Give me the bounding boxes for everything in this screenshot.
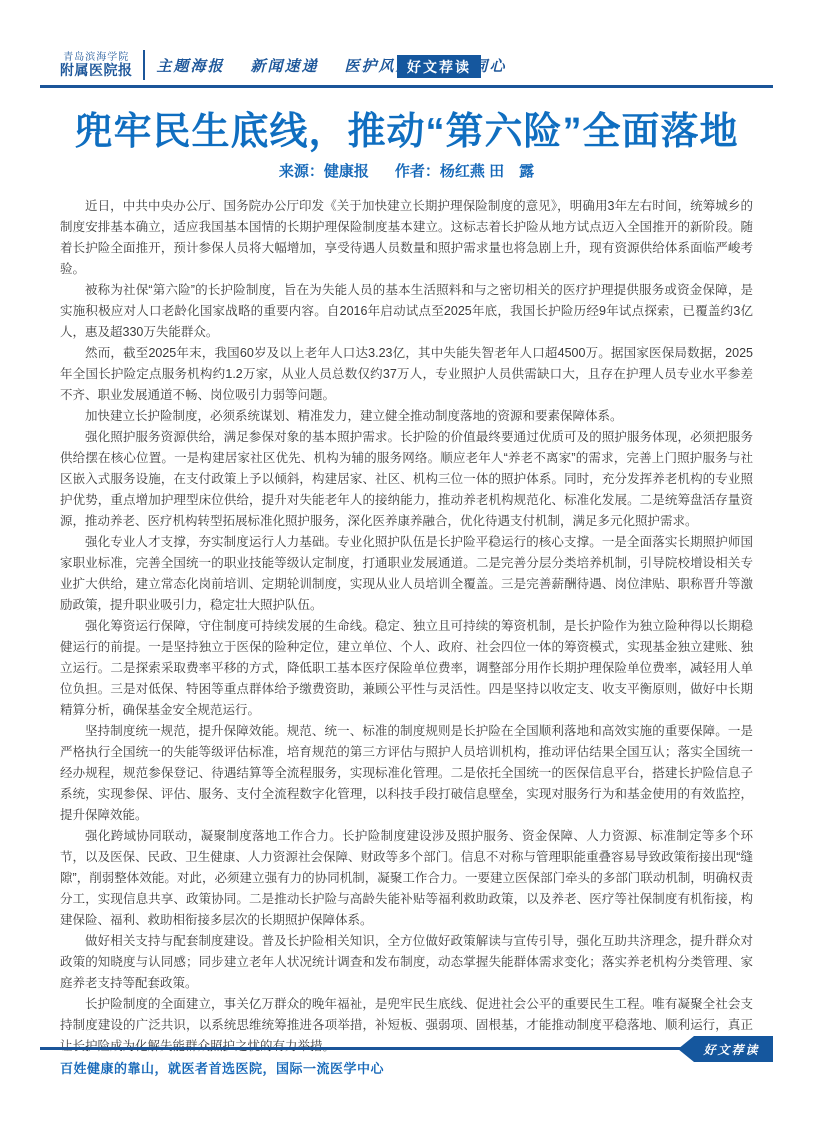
header-rule	[40, 85, 773, 88]
nav-item-theme-poster: 主题海报	[157, 55, 225, 76]
nav-item-news-express: 新闻速递	[251, 55, 319, 76]
section-badge: 好文荐读	[397, 55, 481, 78]
paragraph: 强化照护服务资源供给，满足参保对象的基本照护需求。长护险的价值最终要通过优质可及…	[60, 427, 753, 532]
paragraph: 然而，截至2025年末，我国60岁及以上老年人口达3.23亿，其中失能失智老年人…	[60, 343, 753, 406]
paragraph: 坚持制度统一规范，提升保障效能。规范、统一、标准的制度规则是长护险在全国顺利落地…	[60, 721, 753, 826]
paragraph: 被称为社保“第六险”的长护险制度，旨在为失能人员的基本生活照料和与之密切相关的医…	[60, 280, 753, 343]
article-byline: 来源：健康报作者：杨红燕 田 露	[0, 160, 813, 181]
footer-ribbon: 好文荐读	[678, 1036, 773, 1062]
article-body: 近日，中共中央办公厅、国务院办公厅印发《关于加快建立长期护理保险制度的意见》，明…	[60, 196, 753, 1057]
masthead-paper-name: 附属医院报	[60, 63, 133, 78]
paragraph: 强化跨域协同联动，凝聚制度落地工作合力。长护险制度建设涉及照护服务、资金保障、人…	[60, 826, 753, 931]
paragraph: 加快建立长护险制度，必须系统谋划、精准发力，建立健全推动制度落地的资源和要素保障…	[60, 406, 753, 427]
paragraph: 强化筹资运行保障，守住制度可持续发展的生命线。稳定、独立且可持续的筹资机制，是长…	[60, 616, 753, 721]
paragraph: 做好相关支持与配套制度建设。普及长护险相关知识，全方位做好政策解读与宣传引导，强…	[60, 931, 753, 994]
paragraph: 近日，中共中央办公厅、国务院办公厅印发《关于加快建立长期护理保险制度的意见》，明…	[60, 196, 753, 280]
masthead-logo: 青岛滨海学院 附属医院报	[60, 52, 133, 78]
article-title: 兜牢民生底线，推动“第六险”全面落地	[40, 100, 773, 155]
masthead-divider	[143, 50, 145, 80]
footer-rule	[40, 1047, 685, 1050]
masthead: 青岛滨海学院 附属医院报 主题海报 新闻速递 医护风采 医患同心 好文荐读	[60, 48, 773, 82]
newspaper-page: 青岛滨海学院 附属医院报 主题海报 新闻速递 医护风采 医患同心 好文荐读 兜牢…	[0, 0, 813, 1124]
footer-slogan: 百姓健康的靠山，就医者首选医院，国际一流医学中心	[60, 1058, 384, 1077]
source-label: 来源：健康报	[279, 163, 369, 180]
paragraph: 强化专业人才支撑，夯实制度运行人力基础。专业化照护队伍是长护险平稳运行的核心支撑…	[60, 532, 753, 616]
author-label: 作者：杨红燕 田 露	[395, 163, 534, 180]
